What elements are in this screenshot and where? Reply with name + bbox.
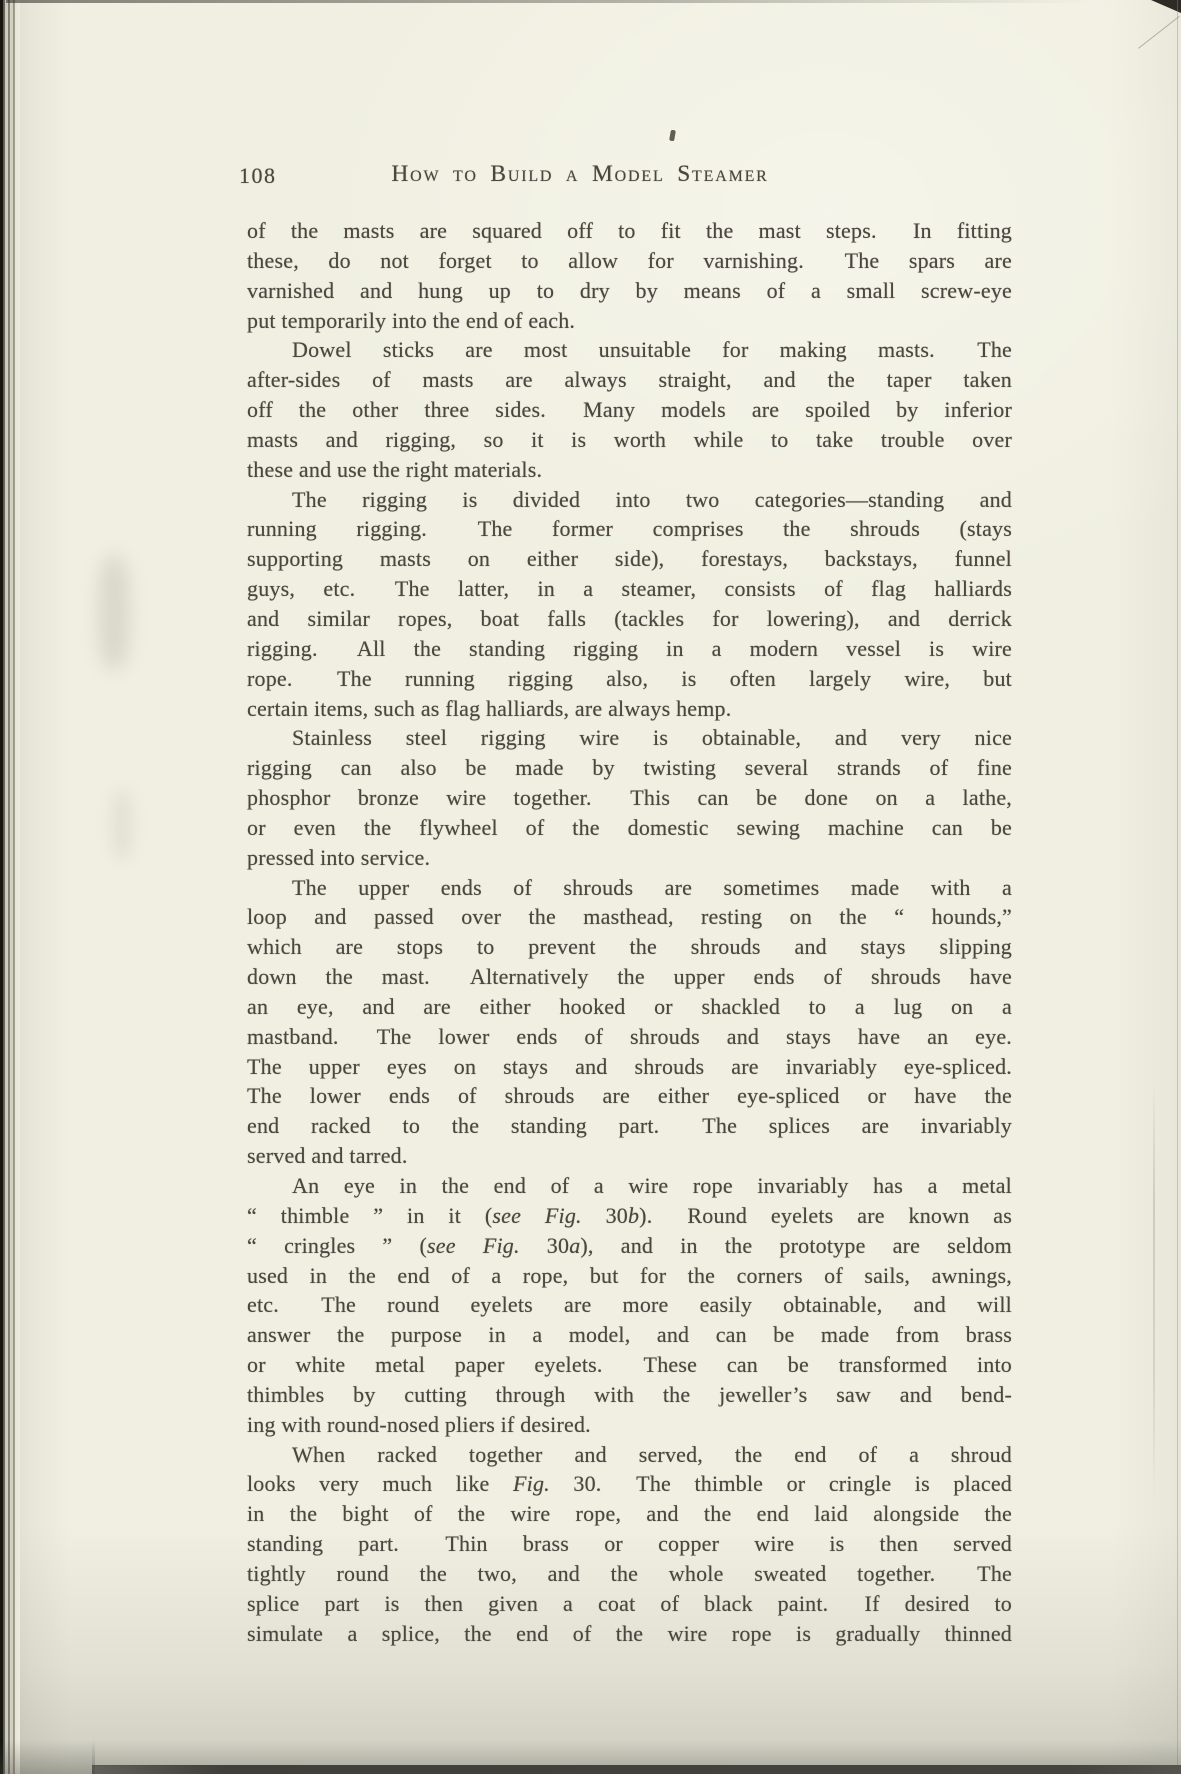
text-line: answer the purpose in a model, and can b… xyxy=(247,1320,1012,1350)
scan-bottom-edge-bar xyxy=(92,1765,1181,1774)
text-line: masts and rigging, so it is worth while … xyxy=(247,425,1012,455)
text-line: down the mast. Alternatively the upper e… xyxy=(247,962,1012,992)
spine-bottom-shade xyxy=(0,1740,95,1774)
text-line: which are stops to prevent the shrouds a… xyxy=(247,932,1012,962)
text-line: rigging can also be made by twisting sev… xyxy=(247,753,1012,783)
book-spine-edge xyxy=(0,0,20,1774)
page-right-edge xyxy=(1177,0,1178,1774)
text-line: thimbles by cutting through with the jew… xyxy=(247,1380,1012,1410)
running-title: How to Build a Model Steamer xyxy=(390,161,770,188)
text-line: or even the flywheel of the domestic sew… xyxy=(247,813,1012,843)
text-line: put temporarily into the end of each. xyxy=(247,306,1012,336)
text-line: or white metal paper eyelets. These can … xyxy=(247,1350,1012,1380)
text-line: running rigging. The former comprises th… xyxy=(247,514,1012,544)
text-line: looks very much like Fig. 30. The thimbl… xyxy=(247,1469,1012,1499)
text-line: simulate a splice, the end of the wire r… xyxy=(247,1619,1012,1649)
corner-crease-line xyxy=(1138,16,1180,49)
paper-crease xyxy=(1153,1080,1155,1500)
scanned-book-page: 108 How to Build a Model Steamer of the … xyxy=(0,0,1181,1774)
text-line: pressed into service. xyxy=(247,843,1012,873)
text-line: off the other three sides. Many models a… xyxy=(247,395,1012,425)
text-line: of the masts are squared off to fit the … xyxy=(247,216,1012,246)
text-line: served and tarred. xyxy=(247,1141,1012,1171)
text-line: an eye, and are either hooked or shackle… xyxy=(247,992,1012,1022)
bleedthrough-smudge xyxy=(112,790,132,860)
text-line: Stainless steel rigging wire is obtainab… xyxy=(247,723,1012,753)
text-line: in the bight of the wire rope, and the e… xyxy=(247,1499,1012,1529)
text-line: “ cringles ” (see Fig. 30a), and in the … xyxy=(247,1231,1012,1261)
text-line: The upper eyes on stays and shrouds are … xyxy=(247,1052,1012,1082)
text-line: tightly round the two, and the whole swe… xyxy=(247,1559,1012,1589)
text-line: mastband. The lower ends of shrouds and … xyxy=(247,1022,1012,1052)
text-line: these and use the right materials. xyxy=(247,455,1012,485)
text-line: etc. The round eyelets are more easily o… xyxy=(247,1290,1012,1320)
text-line: An eye in the end of a wire rope invaria… xyxy=(247,1171,1012,1201)
text-line: ing with round-nosed pliers if desired. xyxy=(247,1410,1012,1440)
text-line: standing part. Thin brass or copper wire… xyxy=(247,1529,1012,1559)
text-line: varnished and hung up to dry by means of… xyxy=(247,276,1012,306)
text-line: supporting masts on either side), forest… xyxy=(247,544,1012,574)
text-line: these, do not forget to allow for varnis… xyxy=(247,246,1012,276)
text-line: used in the end of a rope, but for the c… xyxy=(247,1261,1012,1291)
text-line: The rigging is divided into two categori… xyxy=(247,485,1012,515)
text-line: loop and passed over the masthead, resti… xyxy=(247,902,1012,932)
page-number: 108 xyxy=(239,163,277,189)
text-line: “ thimble ” in it (see Fig. 30b). Round … xyxy=(247,1201,1012,1231)
text-line: When racked together and served, the end… xyxy=(247,1440,1012,1470)
ink-speck xyxy=(669,130,676,142)
text-line: guys, etc. The latter, in a steamer, con… xyxy=(247,574,1012,604)
text-line: phosphor bronze wire together. This can … xyxy=(247,783,1012,813)
text-line: after-sides of masts are always straight… xyxy=(247,365,1012,395)
text-line: certain items, such as flag halliards, a… xyxy=(247,694,1012,724)
body-text: of the masts are squared off to fit the … xyxy=(247,216,1012,1649)
text-line: rope. The running rigging also, is often… xyxy=(247,664,1012,694)
bleedthrough-smudge xyxy=(98,555,130,670)
text-line: The upper ends of shrouds are sometimes … xyxy=(247,873,1012,903)
scan-top-edge-line xyxy=(6,0,1091,3)
text-line: and similar ropes, boat falls (tackles f… xyxy=(247,604,1012,634)
text-line: The lower ends of shrouds are either eye… xyxy=(247,1081,1012,1111)
scan-bottom-shadow xyxy=(92,1740,1181,1766)
text-line: rigging. All the standing rigging in a m… xyxy=(247,634,1012,664)
text-line: end racked to the standing part. The spl… xyxy=(247,1111,1012,1141)
text-line: splice part is then given a coat of blac… xyxy=(247,1589,1012,1619)
text-line: Dowel sticks are most unsuitable for mak… xyxy=(247,335,1012,365)
